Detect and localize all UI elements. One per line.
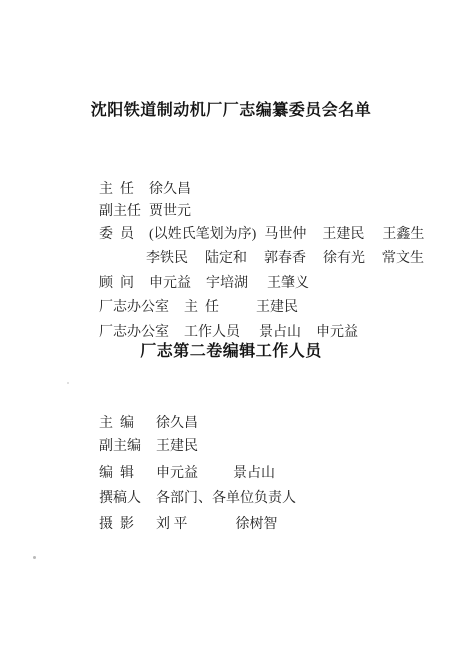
person-name: 刘 平 <box>156 515 188 535</box>
section2-title: 厂志第二卷编辑工作人员 <box>6 341 450 363</box>
row-photography: 摄 影刘 平徐树智 <box>85 495 278 555</box>
person-name: 景占山 <box>259 323 301 343</box>
office-label: 厂志办公室 <box>99 323 184 343</box>
scan-speck <box>67 382 69 384</box>
person-name: 常文生 <box>382 249 424 269</box>
scan-speck <box>382 252 384 254</box>
section1-title: 沈阳铁道制动机厂厂志编纂委员会名单 <box>6 100 450 122</box>
person-name: 徐有光 <box>323 249 365 269</box>
role-label: 摄 影 <box>99 515 156 535</box>
scanned-document-page: 沈阳铁道制动机厂厂志编纂委员会名单 主 任徐久昌 副主任贾世元 委 员(以姓氏笔… <box>0 0 450 657</box>
role-label: 工作人员 <box>184 323 259 343</box>
scan-speck <box>33 556 36 559</box>
person-name: 徐树智 <box>236 515 278 535</box>
person-name: 申元益 <box>316 323 358 343</box>
